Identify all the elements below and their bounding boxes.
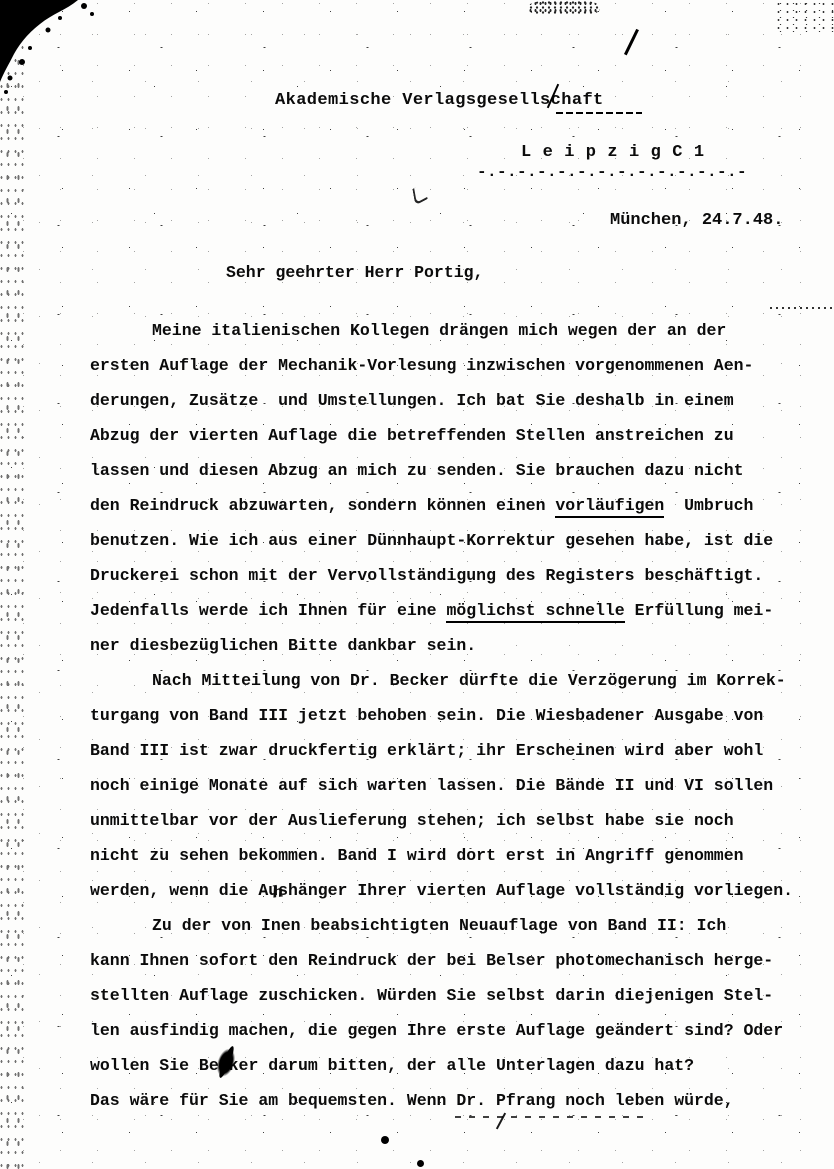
body-line: turgang von Band III jetzt behoben sein.… [90,698,810,733]
body-line: wollen Sie Becker darum bitten, der alle… [90,1048,810,1083]
body-line: nicht zu sehen bekommen. Band I wird dor… [90,838,810,873]
body-line: den Reindruck abzuwarten, sondern können… [90,488,810,523]
body-line: Jedenfalls werde ich Ihnen für eine mögl… [90,593,810,628]
sender-city-line: L e i p z i g C 1 [521,143,705,162]
body-line: Band III ist zwar druckfertig erklärt; i… [90,733,810,768]
body-line: Zu der von Inen beabsichtigten Neuauflag… [90,908,810,943]
body-line: Druckerei schon mit der Vervollständigun… [90,558,810,593]
body-line: benutzen. Wie ich aus einer Dünnhaupt-Ko… [90,523,810,558]
pen-slash-mark-top-right [624,29,639,55]
body-line: Abzug der vierten Auflage die betreffend… [90,418,810,453]
faint-dashed-scan-line-bottom [455,1116,645,1118]
body-line: kann Ihnen sofort den Reindruck der bei … [90,943,810,978]
body-line: werden, wenn die Aushänger Ihrer vierten… [90,873,810,908]
letter-body: Meine italienischen Kollegen drängen mic… [90,313,810,1118]
body-line: len ausfindig machen, die gegen Ihre ers… [90,1013,810,1048]
ink-dot-1 [381,1136,389,1144]
body-line: Meine italienischen Kollegen drängen mic… [90,313,810,348]
body-line: stellten Auflage zuschicken. Würden Sie … [90,978,810,1013]
body-line: noch einige Monate auf sich warten lasse… [90,768,810,803]
body-line: Das wäre für Sie am bequemsten. Wenn Dr.… [90,1083,810,1118]
top-right-noise-patch [774,0,834,34]
city-underline-dashes: -.-.-.-.-.-.-.-.-.-.-.-.-.- [477,163,747,181]
scanned-letter-page: Akademische Verlagsgesellschaft L e i p … [0,0,834,1169]
body-line: unmittelbar vor der Auslieferung stehen;… [90,803,810,838]
body-line: ner diesbezüglichen Bitte dankbar sein. [90,628,810,663]
faint-dotted-scan-line-right [770,307,834,309]
dateline: München, 24.7.48. [610,211,783,230]
top-center-smudge [528,0,600,16]
body-line: lassen und diesen Abzug an mich zu sende… [90,453,810,488]
body-line: ersten Auflage der Mechanik-Vorlesung in… [90,348,810,383]
pen-squiggle-mark [412,182,427,205]
company-name-underline [556,112,642,114]
ink-dot-2 [417,1160,424,1167]
top-left-scan-blob [0,0,120,100]
handwritten-insertion-letter: h [271,881,285,901]
left-edge-scan-noise [0,0,26,1169]
body-line: Nach Mitteilung von Dr. Becker dürfte di… [90,663,810,698]
salutation: Sehr geehrter Herr Portig, [226,263,483,282]
body-line: derungen, Zusätze und Umstellungen. Ich … [90,383,810,418]
